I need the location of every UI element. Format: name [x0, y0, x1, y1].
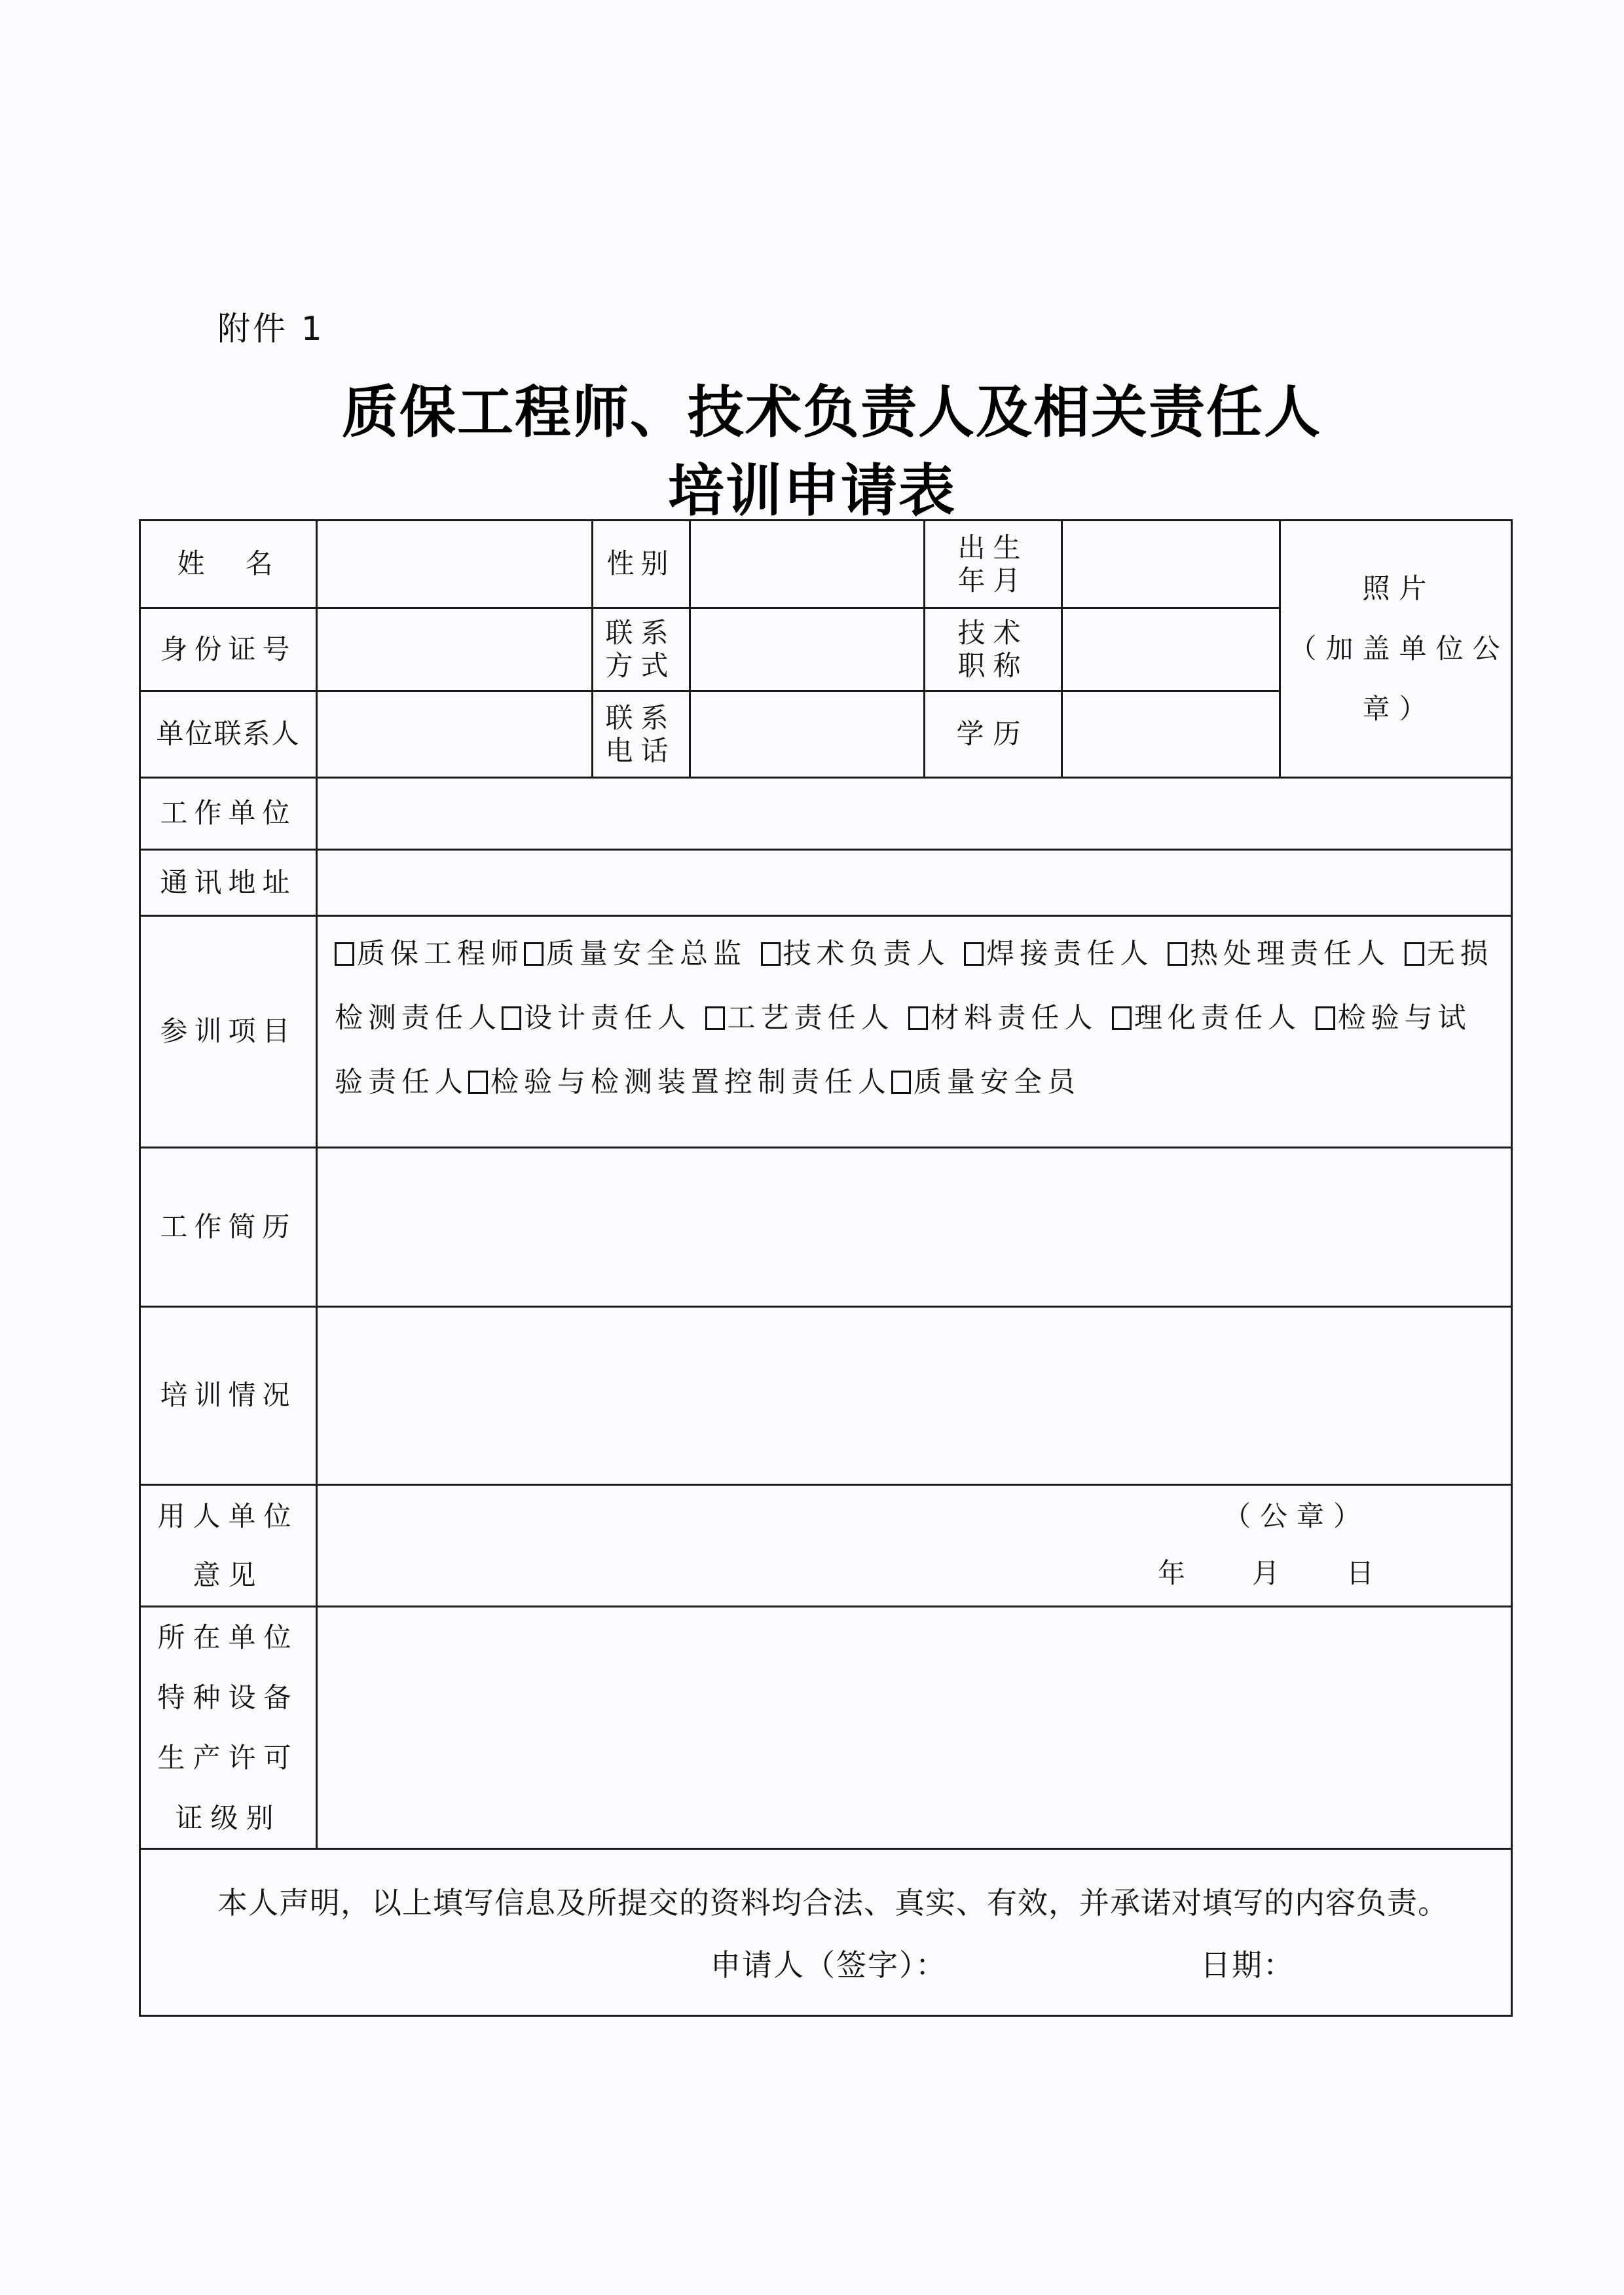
training-status-label: 培训情况	[141, 1308, 316, 1484]
employer-seal-text: （公章）	[1223, 1495, 1370, 1534]
checkbox-icon[interactable]	[705, 1006, 725, 1030]
gender-label: 性别	[593, 521, 689, 607]
declaration-date-label: 日期：	[1200, 1941, 1295, 1985]
training-option-material-lead[interactable]: 材料责任人	[908, 1002, 1098, 1035]
checkbox-icon[interactable]	[502, 1006, 521, 1030]
declaration-date-field[interactable]	[1283, 1941, 1480, 1978]
work-unit-label: 工作单位	[141, 779, 316, 849]
unit-contact-field[interactable]	[318, 692, 591, 777]
checkbox-icon[interactable]	[1405, 942, 1424, 966]
employer-date-text: 年 月 日	[1158, 1552, 1393, 1591]
applicant-signature-label: 申请人（签字）：	[710, 1941, 947, 1985]
checkbox-icon[interactable]	[524, 942, 544, 966]
training-option-inspection-device-control-lead[interactable]: 检验与检测装置控制责任人	[468, 1066, 891, 1099]
contact-phone-label-line-1: 联系	[605, 702, 676, 735]
birth-date-label-line-2: 年月	[957, 564, 1028, 597]
education-field[interactable]	[1063, 692, 1279, 777]
training-option-welding-lead[interactable]: 焊接责任人	[964, 938, 1153, 970]
training-items-options: 质保工程师质量安全总监 技术负责人 焊接责任人 热处理责任人 无损检测责任人设计…	[318, 917, 1511, 1147]
application-form-table: 姓 名 性别 出生 年月 照片 （加盖单位公 章） 身份证号 联系 方式 技术 …	[139, 519, 1513, 2017]
photo-note-line-1: （加盖单位公	[1289, 619, 1509, 679]
birth-date-field[interactable]	[1063, 521, 1279, 607]
training-option-qa-engineer[interactable]: 质保工程师	[335, 938, 524, 970]
contact-phone-label: 联系 电话	[593, 692, 689, 777]
training-option-quality-safety-director[interactable]: 质量安全总监	[524, 938, 747, 970]
training-option-quality-safety-officer[interactable]: 质量安全员	[891, 1066, 1080, 1099]
form-title-line-2: 培训申请表	[0, 445, 1624, 526]
photo-note-line-2: 章）	[1362, 679, 1435, 739]
checkbox-icon[interactable]	[468, 1071, 488, 1094]
checkbox-icon[interactable]	[908, 1006, 928, 1030]
photo-box[interactable]: 照片 （加盖单位公 章）	[1281, 521, 1511, 777]
birth-date-label-line-1: 出生	[957, 532, 1028, 564]
education-label: 学历	[925, 692, 1061, 777]
technical-title-label-line-2: 职称	[957, 650, 1028, 682]
license-level-field[interactable]	[318, 1607, 1511, 1848]
mailing-address-label: 通讯地址	[141, 851, 316, 915]
contact-phone-field[interactable]	[691, 692, 923, 777]
training-option-technical-lead[interactable]: 技术负责人	[761, 938, 950, 970]
training-option-physchem-lead[interactable]: 理化责任人	[1112, 1002, 1301, 1035]
license-level-label-line-2: 特种设备	[157, 1668, 299, 1728]
row-divider	[141, 1848, 1511, 1850]
employer-opinion-label-line-2: 意见	[193, 1546, 263, 1605]
license-level-label: 所在单位 特种设备 生产许可 证级别	[141, 1607, 316, 1848]
training-option-design-lead[interactable]: 设计责任人	[502, 1002, 691, 1035]
contact-phone-label-line-2: 电话	[605, 735, 676, 767]
id-number-field[interactable]	[318, 609, 591, 690]
id-number-label: 身份证号	[141, 609, 316, 690]
contact-method-field[interactable]	[691, 609, 923, 690]
unit-contact-label: 单位联系人	[141, 692, 316, 777]
license-level-label-line-3: 生产许可	[157, 1728, 299, 1788]
employer-opinion-label: 用人单位 意见	[141, 1486, 316, 1606]
checkbox-icon[interactable]	[335, 942, 354, 966]
contact-method-label: 联系 方式	[593, 609, 689, 690]
checkbox-icon[interactable]	[761, 942, 781, 966]
training-items-label: 参训项目	[141, 917, 316, 1147]
checkbox-icon[interactable]	[964, 942, 984, 966]
name-field[interactable]	[318, 521, 591, 607]
training-status-field[interactable]	[318, 1308, 1511, 1484]
technical-title-label: 技术 职称	[925, 609, 1061, 690]
technical-title-label-line-1: 技术	[957, 617, 1028, 650]
declaration-text: 本人声明，以上填写信息及所提交的资料均合法、真实、有效，并承诺对填写的内容负责。	[217, 1879, 1449, 1922]
applicant-signature-field[interactable]	[956, 1941, 1192, 1978]
checkbox-icon[interactable]	[1168, 942, 1187, 966]
mailing-address-field[interactable]	[318, 851, 1511, 915]
checkbox-icon[interactable]	[1316, 1006, 1335, 1030]
training-option-process-lead[interactable]: 工艺责任人	[705, 1002, 895, 1035]
birth-date-label: 出生 年月	[925, 521, 1061, 607]
work-unit-field[interactable]	[318, 779, 1511, 849]
name-label: 姓 名	[141, 521, 316, 607]
gender-field[interactable]	[691, 521, 923, 607]
work-history-field[interactable]	[318, 1148, 1511, 1306]
employer-opinion-label-line-1: 用人单位	[157, 1487, 299, 1546]
attachment-label: 附件 1	[217, 303, 325, 350]
checkbox-icon[interactable]	[891, 1071, 911, 1094]
license-level-label-line-4: 证级别	[175, 1788, 281, 1848]
license-level-label-line-1: 所在单位	[157, 1607, 299, 1668]
work-history-label: 工作简历	[141, 1148, 316, 1306]
checkbox-icon[interactable]	[1112, 1006, 1132, 1030]
contact-method-label-line-2: 方式	[605, 650, 676, 682]
technical-title-field[interactable]	[1063, 609, 1279, 690]
contact-method-label-line-1: 联系	[605, 617, 676, 650]
photo-label: 照片	[1362, 559, 1435, 619]
training-option-heat-treatment-lead[interactable]: 热处理责任人	[1168, 938, 1390, 970]
form-title-line-1: 质保工程师、技术负责人及相关责任人	[0, 367, 1624, 448]
